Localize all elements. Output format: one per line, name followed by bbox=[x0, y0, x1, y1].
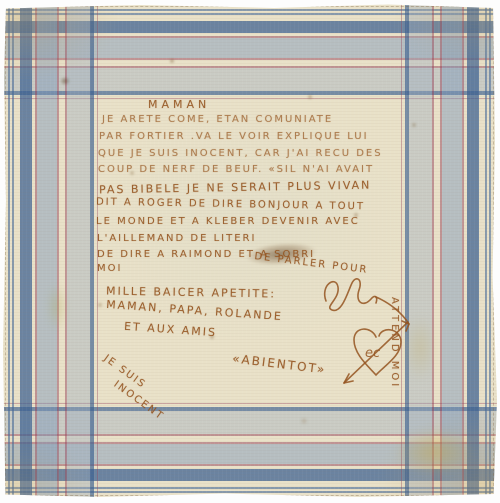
embroidered-drawing-group: ec bbox=[318, 273, 434, 397]
photograph: MAMAN JE ARETE COME, ETAN COMUNIATE PAR … bbox=[0, 0, 500, 503]
heart-arrowhead bbox=[344, 374, 353, 383]
signature-scribble bbox=[325, 279, 377, 311]
embroidered-line: JE ARETE COME, ETAN COMUNIATE bbox=[102, 114, 333, 125]
embroidered-line: MILLE BAICER APETITE: bbox=[106, 285, 276, 301]
scattered-speckles bbox=[2, 3, 6, 7]
embroidered-line: PAS BIBELE JE NE SERAIT PLUS VIVAN bbox=[99, 179, 372, 197]
yellow-stain-right bbox=[398, 303, 442, 393]
arrowhead bbox=[402, 321, 409, 331]
handkerchief: MAMAN JE ARETE COME, ETAN COMUNIATE PAR … bbox=[2, 3, 497, 499]
embroidered-line: ET AUX AMIS bbox=[124, 320, 218, 339]
embroidered-line: L'AILLEMAND DE LITERI bbox=[97, 233, 256, 244]
embroidered-line: QUE JE SUIS INOCENT, CAR J'AI RECU DES bbox=[98, 148, 383, 159]
embroidered-line: LE MONDE ET A KLEBER DEVENIR AVEC bbox=[96, 216, 360, 227]
embroidered-line: MOI bbox=[97, 263, 122, 274]
embroidered-line: PAR FORTIER .VA LE VOIR EXPLIQUE LUI bbox=[99, 131, 369, 142]
embroidered-line: COUP DE NERF DE BEUF. «SIL N'AI AVAIT bbox=[98, 164, 374, 175]
small-brown-spot bbox=[58, 75, 72, 87]
embroidered-line-vertical: ATTEND MOI bbox=[389, 297, 400, 389]
heart-initials: ec bbox=[365, 346, 380, 361]
embroidered-line: DIT A ROGER DE DIRE BONJOUR A TOUT bbox=[96, 197, 365, 213]
yellow-stain-bottom-right bbox=[380, 421, 490, 483]
embroidered-line-salutation: MAMAN bbox=[148, 98, 210, 111]
green-stain-left bbox=[42, 275, 72, 339]
embroidered-line-farewell: «ABIENTOT» bbox=[231, 351, 327, 376]
